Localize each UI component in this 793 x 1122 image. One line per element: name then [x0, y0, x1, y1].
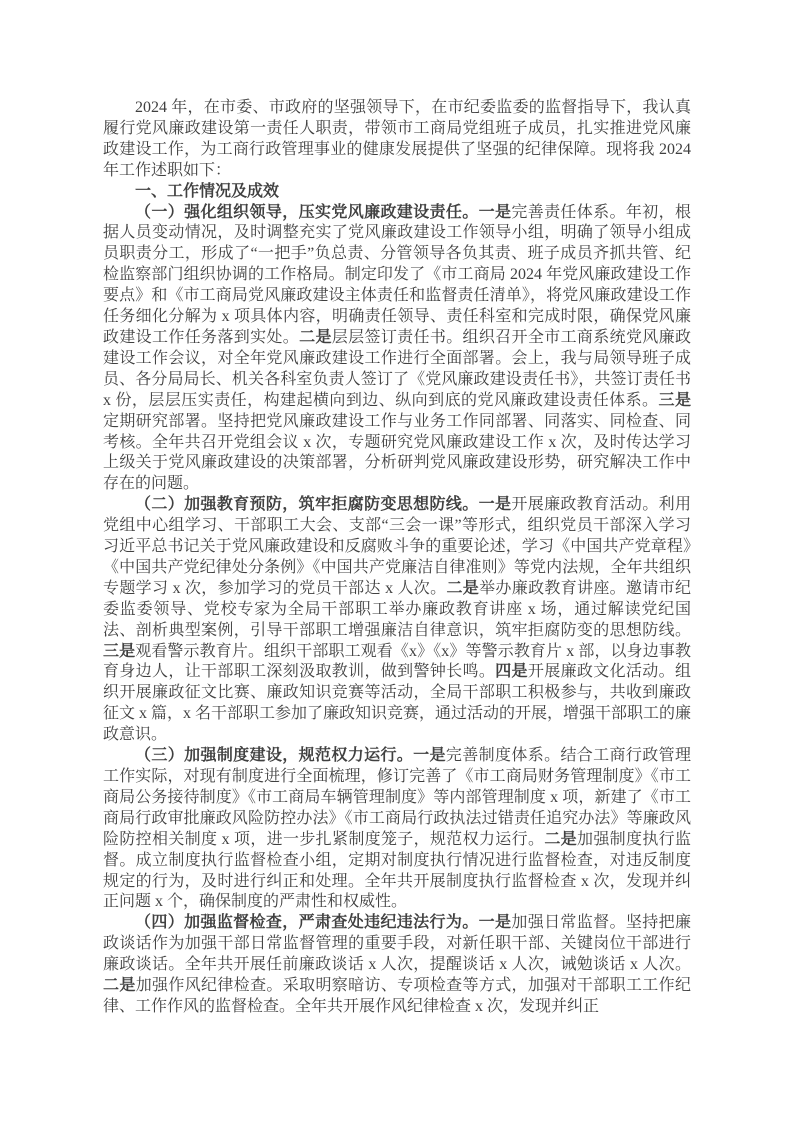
- text-run-bold: （二）加强教育预防，筑牢拒腐防变思想防线。一是: [135, 496, 511, 513]
- paragraph-system-building: （三）加强制度建设，规范权力运行。一是完善制度体系。结合工商行政管理工作实际，对…: [103, 746, 691, 913]
- text-run-bold: 二是: [103, 977, 136, 994]
- section-heading-work-results: 一、工作情况及成效: [103, 182, 691, 203]
- text-run: 定期研究部署。坚持把党风廉政建设工作与业务工作同部署、同落实、同检查、同考核。全…: [103, 413, 691, 493]
- text-run-bold: 三是: [659, 392, 691, 409]
- text-run-bold: 四是: [495, 663, 528, 680]
- text-run-bold: 二是: [446, 580, 479, 597]
- text-run-bold: 二是: [544, 831, 577, 848]
- document-text-area: 2024 年，在市委、市政府的坚强领导下，在市纪委监委的监督指导下，我认真履行党…: [103, 98, 691, 1018]
- text-run-bold: 二是: [299, 329, 332, 346]
- intro-paragraph: 2024 年，在市委、市政府的坚强领导下，在市纪委监委的监督指导下，我认真履行党…: [103, 98, 691, 182]
- text-run-bold: （四）加强监督检查，严肃查处违纪违法行为。一是: [135, 914, 511, 931]
- paragraph-organization-leadership: （一）强化组织领导，压实党风廉政建设责任。一是完善责任体系。年初，根据人员变动情…: [103, 203, 691, 496]
- paragraph-supervision-inspection: （四）加强监督检查，严肃查处违纪违法行为。一是加强日常监督。坚持把廉政谈话作为加…: [103, 913, 691, 1018]
- text-run-bold: 三是: [103, 643, 135, 660]
- text-run: 完善责任体系。年初，根据人员变动情况，及时调整充实了党风廉政建设工作领导小组，明…: [103, 204, 691, 346]
- text-run-bold: （三）加强制度建设，规范权力运行。一是: [135, 747, 446, 764]
- text-run-bold: 一、工作情况及成效: [135, 183, 279, 200]
- paragraph-education-prevention: （二）加强教育预防，筑牢拒腐防变思想防线。一是开展廉政教育活动。利用党组中心组学…: [103, 495, 691, 746]
- document-page: 2024 年，在市委、市政府的坚强领导下，在市纪委监委的监督指导下，我认真履行党…: [0, 0, 793, 1122]
- text-run: 2024 年，在市委、市政府的坚强领导下，在市纪委监委的监督指导下，我认真履行党…: [103, 99, 691, 179]
- text-run: 加强作风纪律检查。采取明察暗访、专项检查等方式，加强对干部职工工作纪律、工作作风…: [103, 977, 691, 1015]
- text-run-bold: （一）强化组织领导，压实党风廉政建设责任。一是: [135, 204, 511, 221]
